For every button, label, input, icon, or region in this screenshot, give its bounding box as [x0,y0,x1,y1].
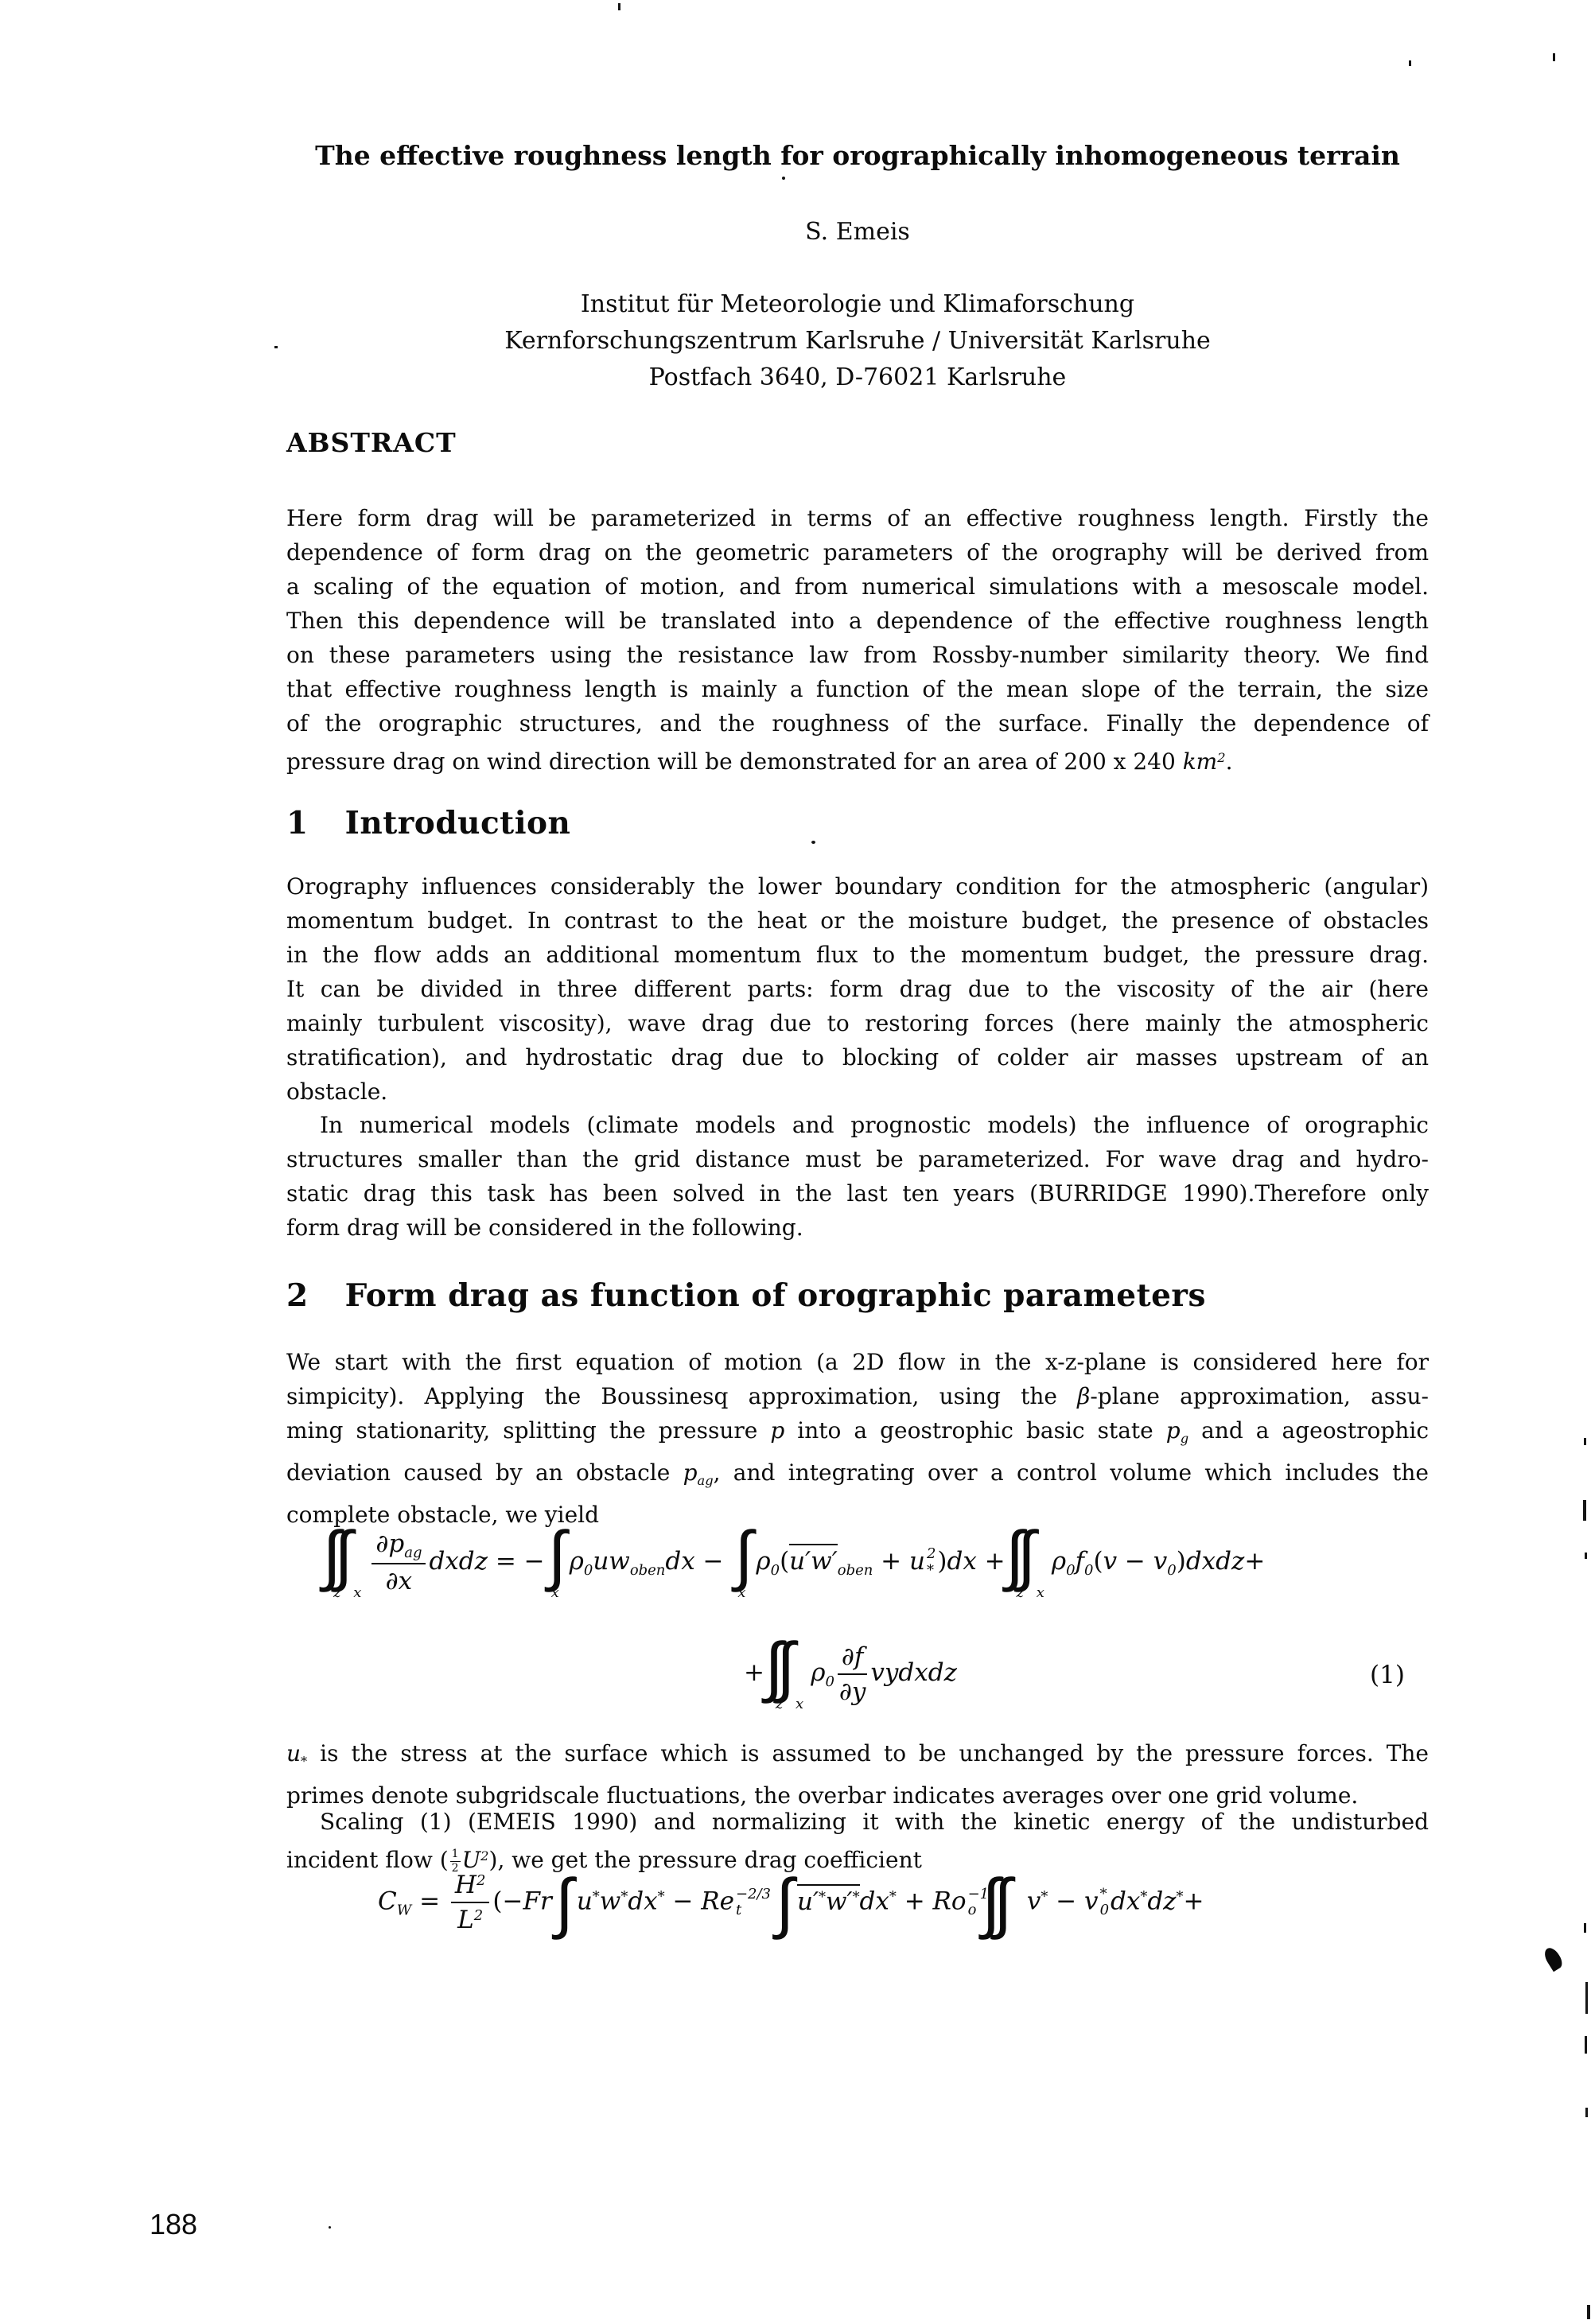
text-line: momentum budget. In contrast to the heat… [286,904,1429,938]
scan-edge-mark [1584,1438,1586,1445]
equation-1-line-2: + ∫∫z xρ0∂f∂yvydxdz [744,1635,957,1712]
equation-1-number: (1) [1370,1661,1405,1689]
scan-speck [618,3,620,10]
text-line: Here form drag will be parameterized in … [286,501,1429,535]
section-number: 2 [286,1277,309,1314]
text-line: Orography influences considerably the lo… [286,869,1429,904]
scan-speck [811,841,815,844]
text-line: form drag will be considered in the foll… [286,1211,1429,1245]
text-line: ming stationarity, splitting the pressur… [286,1413,1429,1455]
scan-edge-mark [1585,1553,1587,1559]
abstract-heading: ABSTRACT [286,427,457,458]
section-title: Form drag as function of orographic para… [345,1277,1206,1314]
text-line: It can be divided in three different par… [286,972,1429,1006]
abstract-paragraph: Here form drag will be parameterized in … [286,501,1429,779]
scan-edge-mark [1584,1923,1586,1933]
text-line: of the orographic structures, and the ro… [286,706,1429,740]
scan-edge-mark [1587,2305,1590,2319]
text-line: on these parameters using the resistance… [286,638,1429,672]
text-line: Then this dependence will be translated … [286,604,1429,638]
affiliation-line: Institut für Meteorologie und Klimaforsc… [286,286,1429,323]
text-line: that effective roughness length is mainl… [286,672,1429,706]
section2-paragraph-1: We start with the first equation of moti… [286,1345,1429,1532]
scan-speck [782,177,785,180]
text-line: deviation caused by an obstacle pag, and… [286,1455,1429,1498]
section-heading-introduction: 1 Introduction [286,805,1429,841]
text-line: a scaling of the equation of motion, and… [286,569,1429,604]
text-line: simpicity). Applying the Boussinesq appr… [286,1379,1429,1413]
paper-title: The effective roughness length for orogr… [286,140,1429,171]
scan-speck [274,346,278,348]
affiliation-line: Postfach 3640, D-76021 Karlsruhe [286,359,1429,396]
text-line: stratification), and hydrostatic drag du… [286,1040,1429,1075]
section-title: Introduction [345,805,571,841]
scan-edge-mark [1585,1982,1588,2014]
scanned-paper-page: The effective roughness length for orogr… [0,0,1591,2324]
text-line: u* is the stress at the surface which is… [286,1736,1429,1778]
text-line: in the flow adds an additional momentum … [286,938,1429,972]
text-line: In numerical models (climate models and … [286,1108,1429,1142]
affiliation-line: Kernforschungszentrum Karlsruhe / Univer… [286,323,1429,359]
scan-ink-blob [1542,1945,1566,1972]
intro-paragraph-1: Orography influences considerably the lo… [286,869,1429,1109]
text-line: We start with the first equation of moti… [286,1345,1429,1379]
text-line: dependence of form drag on the geometric… [286,535,1429,569]
scan-edge-mark [1583,1500,1586,1521]
equation-1-line-1: ∫∫z x∂pag∂xdxdz = −∫xρ0uwobendx − ∫xρ0(u… [330,1524,1265,1601]
scan-edge-mark [1585,2108,1588,2117]
scaling-paragraph: Scaling (1) (EMEIS 1990) and normalizing… [286,1805,1429,1877]
section-heading-form-drag: 2 Form drag as function of orographic pa… [286,1277,1429,1314]
scan-speck [1553,53,1555,61]
text-line: static drag this task has been solved in… [286,1176,1429,1211]
text-line: obstacle. [286,1075,1429,1109]
scan-edge-mark [1585,2036,1587,2054]
after-equation-paragraph: u* is the stress at the surface which is… [286,1736,1429,1813]
section-number: 1 [286,805,309,841]
text-line: pressure drag on wind direction will be … [286,740,1429,779]
intro-paragraph-2: In numerical models (climate models and … [286,1108,1429,1245]
scan-speck [329,2226,331,2229]
scan-speck [1409,60,1411,66]
pressure-drag-coefficient-equation: CW = H2L2(−Fr∫u*w*dx* − Re−2/3t∫u′*w′*dx… [378,1871,1204,1934]
text-line: Scaling (1) (EMEIS 1990) and normalizing… [286,1805,1429,1839]
paper-author: S. Emeis [286,218,1429,246]
affiliation: Institut für Meteorologie und Klimaforsc… [286,286,1429,396]
text-line: structures smaller than the grid distanc… [286,1142,1429,1176]
text-line: mainly turbulent viscosity), wave drag d… [286,1006,1429,1040]
page-number: 188 [150,2208,197,2241]
